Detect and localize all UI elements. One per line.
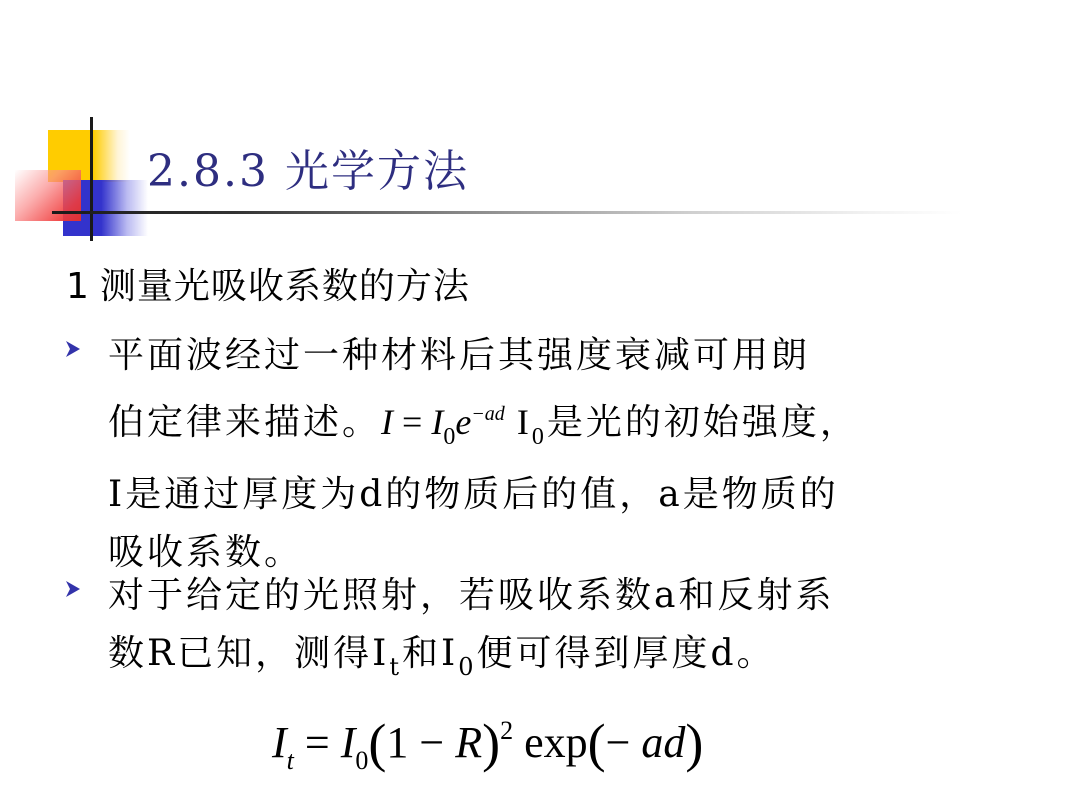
bullet-item: 平面波经过一种材料后其强度衰减可用朗 伯定律来描述。I = I0e−ad I0是… — [66, 327, 996, 582]
slide-title: 2.8.3 光学方法 — [147, 135, 469, 199]
section-heading-text: 测量光吸收系数的方法 — [100, 266, 470, 307]
section-heading: 1测量光吸收系数的方法 — [66, 258, 470, 309]
bullet-line: 伯定律来描述。I = I0e−ad I0是光的初始强度， — [108, 385, 996, 466]
bullet-item: 对于给定的光照射，若吸收系数a和反射系 数R已知，测得It和I0便可得到厚度d。 — [66, 567, 996, 696]
arrow-bullet-icon — [66, 341, 80, 357]
bullet-line: I是通过厚度为d的物质后的值，a是物质的 — [108, 466, 996, 524]
decor-vertical-line — [90, 117, 93, 241]
bullet-line: 平面波经过一种材料后其强度衰减可用朗 — [108, 327, 996, 385]
section-number: 1 — [66, 266, 90, 307]
title-underline — [52, 211, 962, 214]
text-span: 伯定律来描述。 — [108, 402, 381, 443]
inline-formula: I = I0e−ad — [381, 402, 505, 442]
bullet-line: 对于给定的光照射，若吸收系数a和反射系 — [108, 567, 996, 625]
arrow-bullet-icon — [66, 581, 80, 597]
bullet-line: 数R已知，测得It和I0便可得到厚度d。 — [108, 625, 996, 696]
transmission-formula: It = I0(1 − R)2 exp(− ad) — [272, 712, 703, 776]
